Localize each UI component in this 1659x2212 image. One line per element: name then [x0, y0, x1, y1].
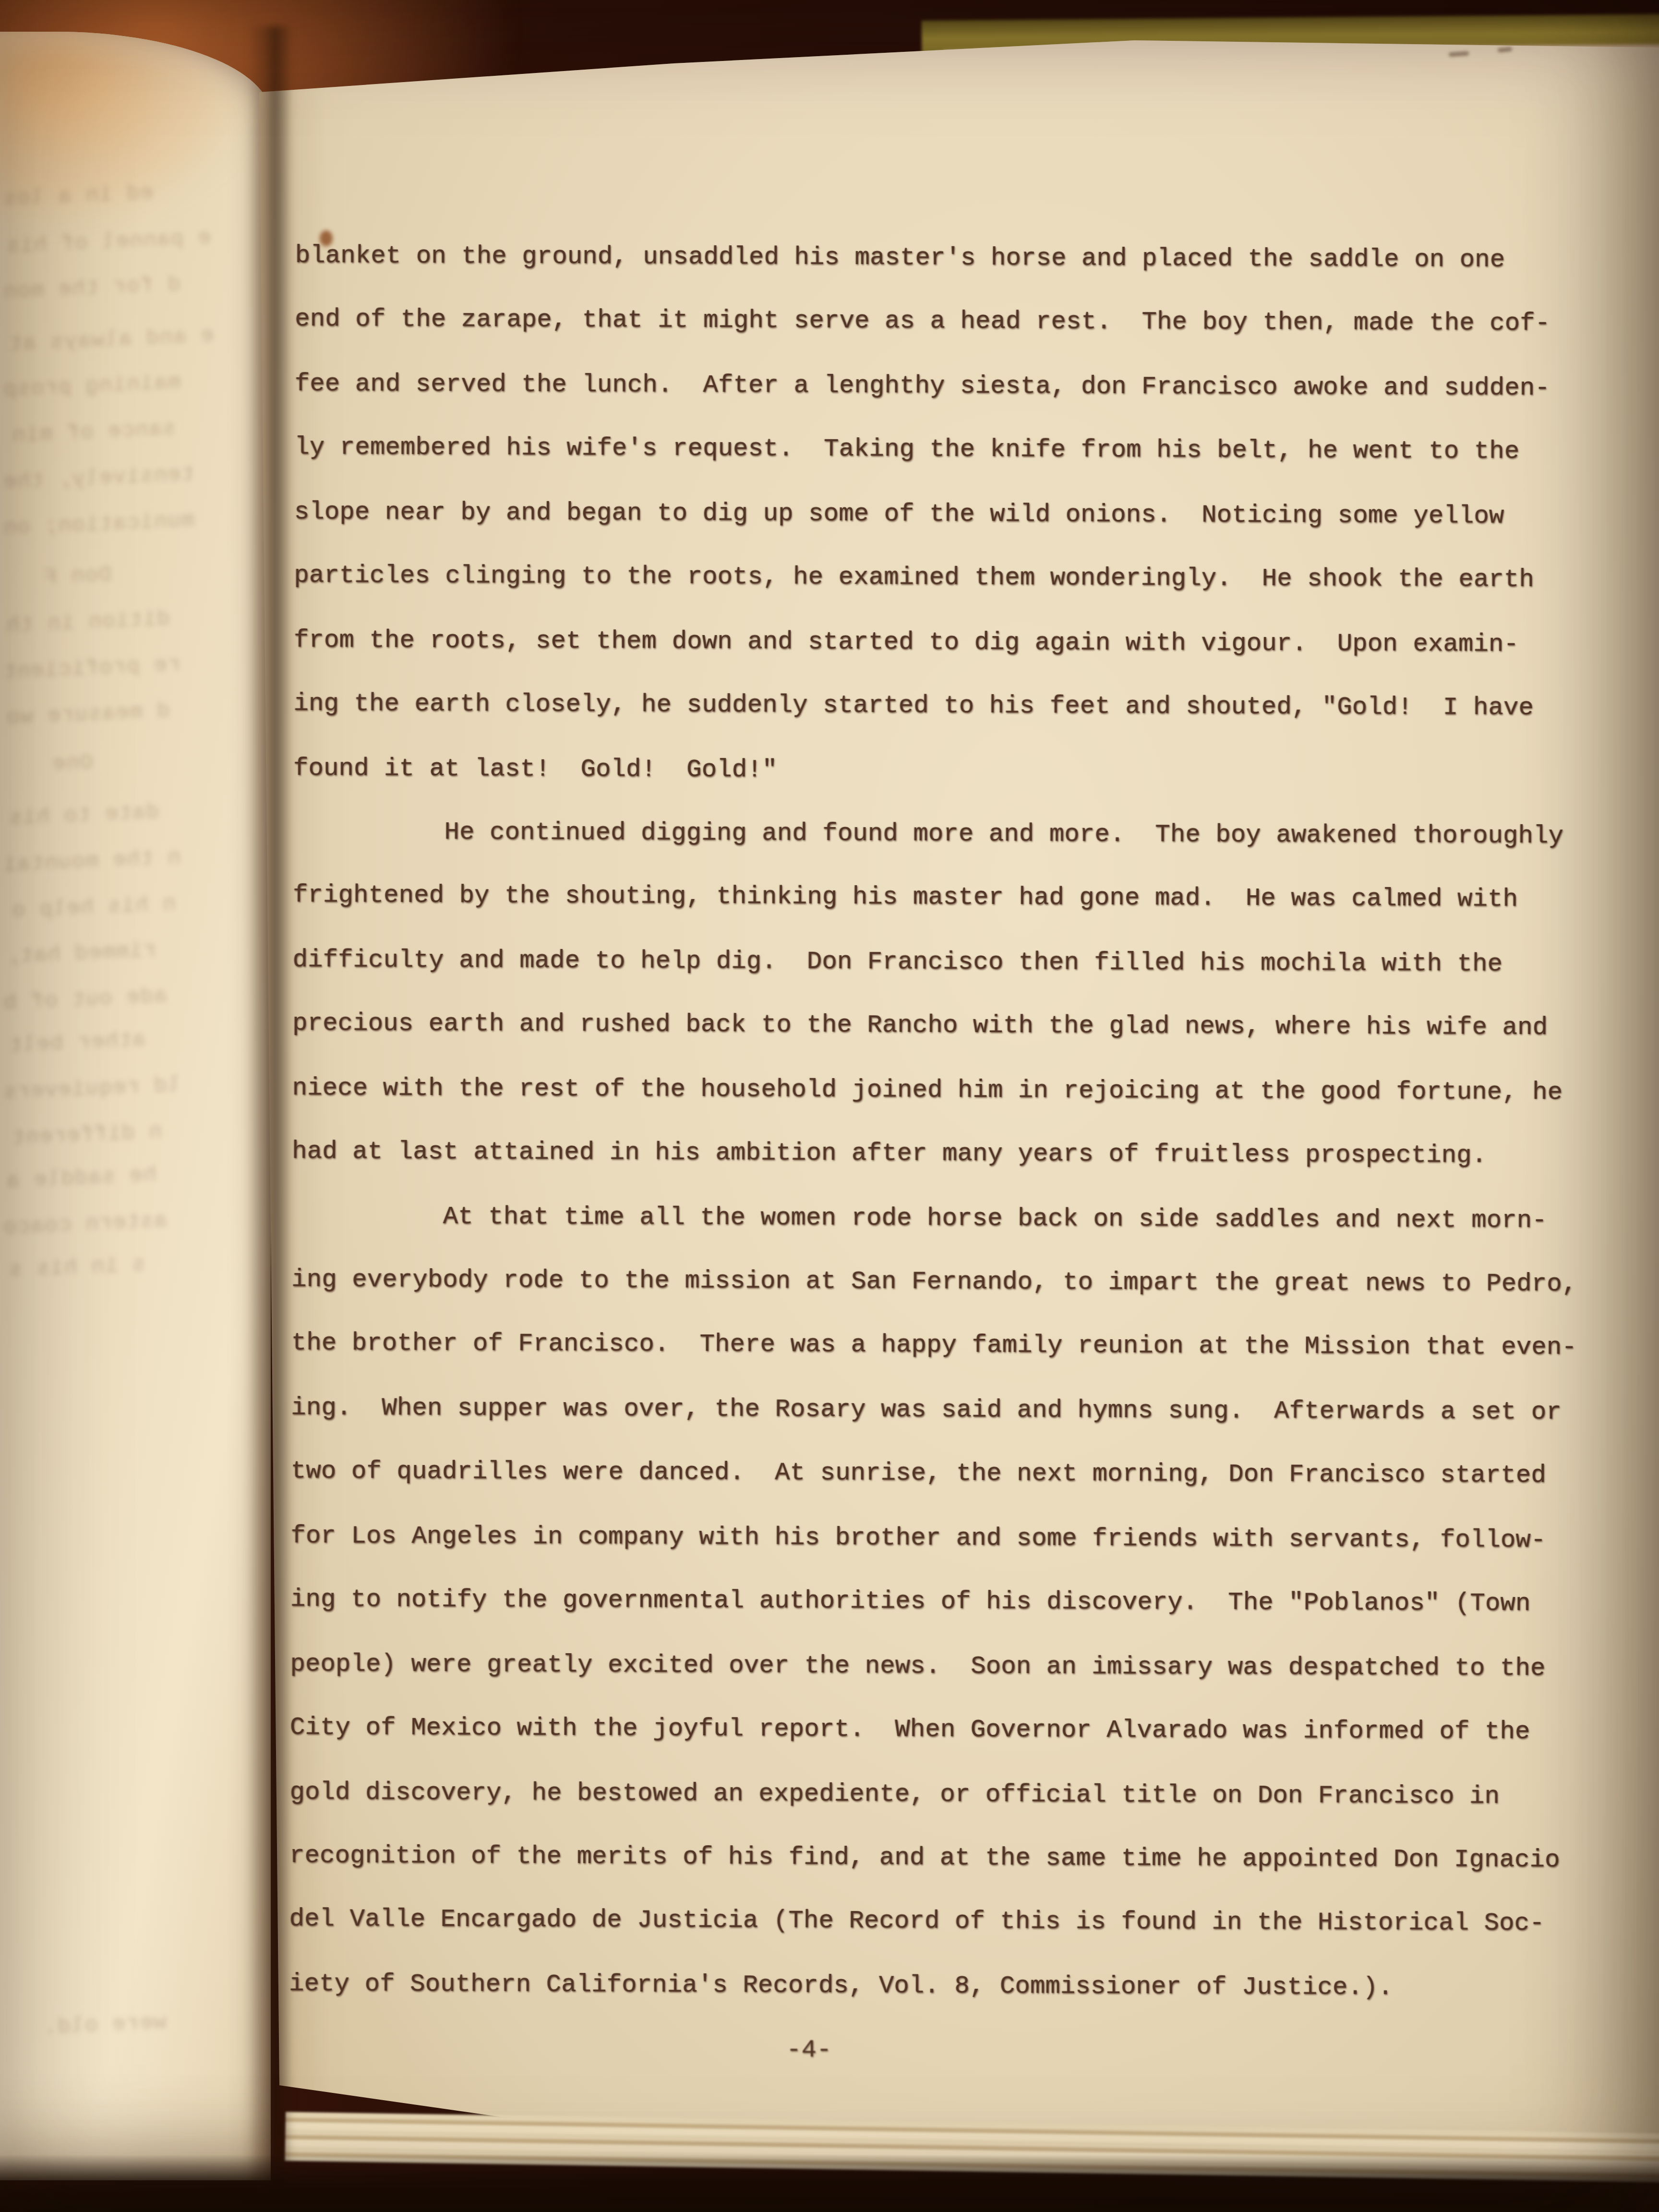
- text-line: the brother of Francisco. There was a ha…: [291, 1312, 1577, 1381]
- text-line: ing the earth closely, he suddenly start…: [293, 673, 1579, 741]
- text-line: ly remembered his wife's request. Taking…: [294, 417, 1580, 485]
- ghost-text-fragment: sance of min: [11, 417, 176, 449]
- text-line: frightened by the shouting, thinking his…: [293, 865, 1578, 933]
- ghost-text-fragment: ade out of b: [2, 985, 168, 1016]
- ghost-text-fragment: e and always at: [8, 324, 214, 358]
- ghost-text-fragment: rimmed hat,: [5, 938, 157, 970]
- text-line: recognition of the merits of his find, a…: [289, 1825, 1575, 1893]
- text-line: end of the zarape, that it might serve a…: [295, 289, 1580, 357]
- ghost-text-fragment: re proficient: [2, 653, 181, 685]
- text-line: City of Mexico with the joyful report. W…: [290, 1696, 1575, 1765]
- text-line: people) were greatly excited over the ne…: [290, 1633, 1575, 1701]
- ghost-text-fragment: tensively, the: [2, 462, 195, 495]
- ghost-text-fragment: ather belt: [8, 1028, 146, 1058]
- ghost-text-fragment: d measure wo: [5, 699, 170, 731]
- gutter-shadow: [248, 26, 291, 2200]
- previous-pages-stack: ed in a lose pannel of hisd for the mone…: [0, 32, 271, 2180]
- text-line: found it at last! Gold! Gold!": [293, 736, 1579, 805]
- text-line: difficulty and made to help dig. Don Fra…: [292, 928, 1578, 997]
- text-line: ing to notify the governmental authoriti…: [290, 1569, 1576, 1637]
- text-line: slope near by and began to dig up some o…: [294, 481, 1580, 549]
- text-line: He continued digging and found more and …: [293, 801, 1578, 869]
- ghost-text-fragment: n different: [11, 1120, 163, 1151]
- photo-of-manuscript-page: ed in a lose pannel of hisd for the mone…: [0, 0, 1659, 2212]
- ghost-text-fragment: he saddle a: [5, 1163, 157, 1194]
- ghost-text-fragment: maining prosp: [2, 371, 181, 403]
- text-line: two of quadrilles were danced. At sunris…: [291, 1441, 1576, 1509]
- text-line: ing. When supper was over, the Rosary wa…: [291, 1377, 1576, 1445]
- page-number: -4-: [786, 2036, 832, 2065]
- stray-pencil-mark: [1498, 47, 1513, 52]
- text-line: blanket on the ground, unsaddled his mas…: [295, 225, 1581, 293]
- stray-pencil-mark: [1449, 51, 1469, 57]
- text-line: At that time all the women rode horse ba…: [292, 1185, 1577, 1253]
- ghost-text-fragment: astern coaco: [2, 1209, 168, 1241]
- ghost-text-fragment: were old.: [43, 2010, 167, 2040]
- text-line: from the roots, set them down and starte…: [294, 609, 1579, 677]
- ghost-text-fragment: One: [51, 751, 94, 777]
- text-line: niece with the rest of the household joi…: [292, 1057, 1577, 1125]
- ghost-text-fragment: n the mountai: [2, 846, 181, 878]
- ghost-text-fragment: munication; on: [2, 508, 195, 541]
- ghost-text-fragment: n his help o: [11, 892, 176, 924]
- binding-speck: [320, 230, 333, 246]
- typewritten-text: blanket on the ground, unsaddled his mas…: [289, 225, 1581, 2021]
- text-line: had at last attained in his ambition aft…: [292, 1120, 1577, 1189]
- ghost-text-fragment: Don F: [43, 563, 112, 590]
- text-line: ing everybody rode to the mission at San…: [291, 1249, 1577, 1317]
- text-line: fee and served the lunch. After a lenght…: [295, 353, 1580, 421]
- ghost-text-fragment: ld requievers: [2, 1073, 181, 1106]
- ghost-text-fragment: date to his: [8, 800, 160, 831]
- ghost-text-fragment: dition in th: [5, 607, 170, 639]
- text-line: particles clinging to the roots, he exam…: [294, 545, 1579, 613]
- document-page: blanket on the ground, unsaddled his mas…: [242, 0, 1659, 2212]
- text-line: for Los Angeles in company with his brot…: [290, 1504, 1576, 1573]
- text-line: iety of Southern California's Records, V…: [289, 1952, 1575, 2021]
- text-line: precious earth and rushed back to the Ra…: [292, 993, 1578, 1061]
- text-line: del Valle Encargado de Justicia (The Rec…: [289, 1888, 1575, 1957]
- ghost-text-fragment: s in his s: [8, 1253, 146, 1283]
- text-line: gold discovery, he bestowed an expedient…: [289, 1760, 1575, 1829]
- bottom-shadow: [0, 2154, 1659, 2212]
- ghost-text-fragment: d for the mon: [2, 273, 181, 305]
